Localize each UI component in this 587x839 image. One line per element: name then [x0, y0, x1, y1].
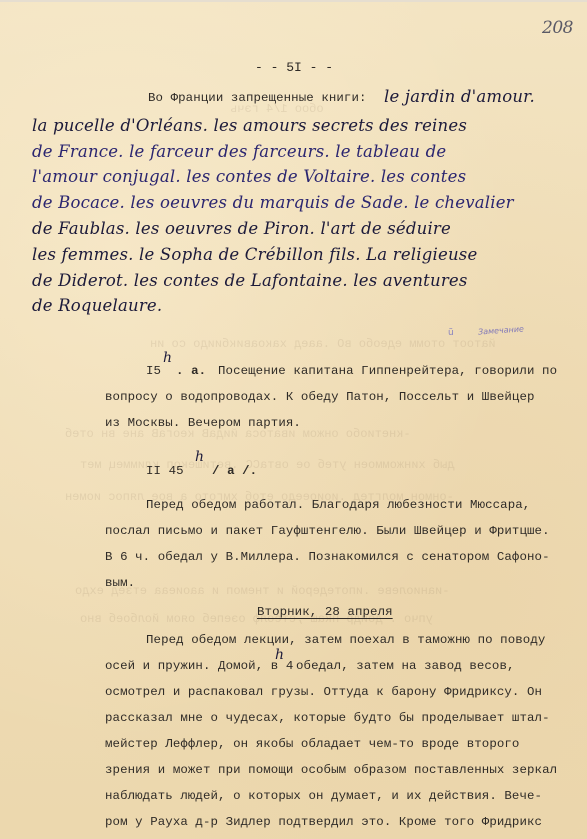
- entry-time: II 45: [146, 464, 184, 478]
- entry-text-line: осей и пружин. Домой, в 4: [105, 659, 293, 673]
- entry-text-line: из Москвы. Вечером партия.: [105, 416, 301, 430]
- entry-text-line: Перед обедом лекции, затем поехал в тамо…: [146, 633, 545, 647]
- handwritten-line: de France. le farceur des farceurs. le t…: [32, 142, 446, 161]
- intro-typed-text: Во Франции запрещенные книги:: [148, 91, 367, 105]
- entry-text-line: вым.: [105, 576, 135, 590]
- bleed-through-text: йатоот отомм едеобо вО .ааед хакоавикбии…: [150, 337, 496, 351]
- handwritten-line: de Bocace. les oeuvres du marquis de Sad…: [32, 193, 514, 212]
- document-page: обоо 1/4 гэчь йатоот отомм едеобо вО .аа…: [0, 0, 587, 839]
- handwritten-line: de Diderot. les contes de Lafontaine. le…: [32, 271, 468, 290]
- entry-text-line: послал письмо и пакет Гауфштенгелю. Были…: [105, 524, 550, 538]
- entry-text-line: наблюдать людей, о которых он думает, и …: [105, 789, 542, 803]
- handwritten-line: l'amour conjugal. les contes de Voltaire…: [32, 167, 466, 186]
- handwritten-line: les femmes. le Sopha de Crébillon fils. …: [32, 245, 477, 264]
- margin-pencil-mark: ũ: [448, 328, 454, 338]
- entry-text-line: Посещение капитана Гиппенрейтера, говори…: [218, 364, 557, 378]
- time-superscript: h: [195, 449, 204, 465]
- entry-text-line: рассказал мне о чудесах, которые будто б…: [105, 711, 550, 725]
- handwritten-line: le jardin d'amour.: [384, 87, 535, 106]
- entry-text-line: мейстер Леффлер, он якобы обладает чем-т…: [105, 737, 519, 751]
- margin-pencil-note: Замечание: [478, 324, 524, 336]
- entry-text-line: ром у Рауха д-р Зидлер подтвердил это. К…: [105, 815, 542, 829]
- entry-time: I5: [146, 364, 161, 378]
- entry-text-line: осмотрел и распаковал грузы. Оттуда к ба…: [105, 685, 542, 699]
- entry-text-line: В 6 ч. обедал у В.Миллера. Познакомился …: [105, 550, 550, 564]
- archive-folio-number: 208: [542, 18, 573, 38]
- bleed-through-text: дыб хинжоммоен утеб ое овтаСС .ветишекоп…: [80, 458, 454, 472]
- page-number: - - 5I - -: [255, 60, 333, 75]
- handwritten-line: de Roquelaure.: [32, 296, 162, 315]
- time-superscript: h: [275, 647, 284, 663]
- entry-text-line: вопросу о водопроводах. К обеду Патон, П…: [105, 390, 535, 404]
- entry-text-line: зрения и может при помощи особым образом…: [105, 763, 557, 777]
- entry-text-line: Перед обедом работал. Благодаря любезнос…: [146, 498, 530, 512]
- entry-heading-date: Вторник, 28 апреля: [257, 605, 393, 619]
- entry-text-line: обедал, затем на завод весов,: [296, 659, 515, 673]
- time-superscript: h: [163, 350, 172, 366]
- entry-time-suffix: . a.: [176, 364, 206, 378]
- handwritten-line: la pucelle d'Orléans. les amours secrets…: [32, 116, 467, 135]
- handwritten-line: de Faublas. les oeuvres de Piron. l'art …: [32, 219, 451, 238]
- entry-time-suffix: / a /.: [212, 464, 257, 478]
